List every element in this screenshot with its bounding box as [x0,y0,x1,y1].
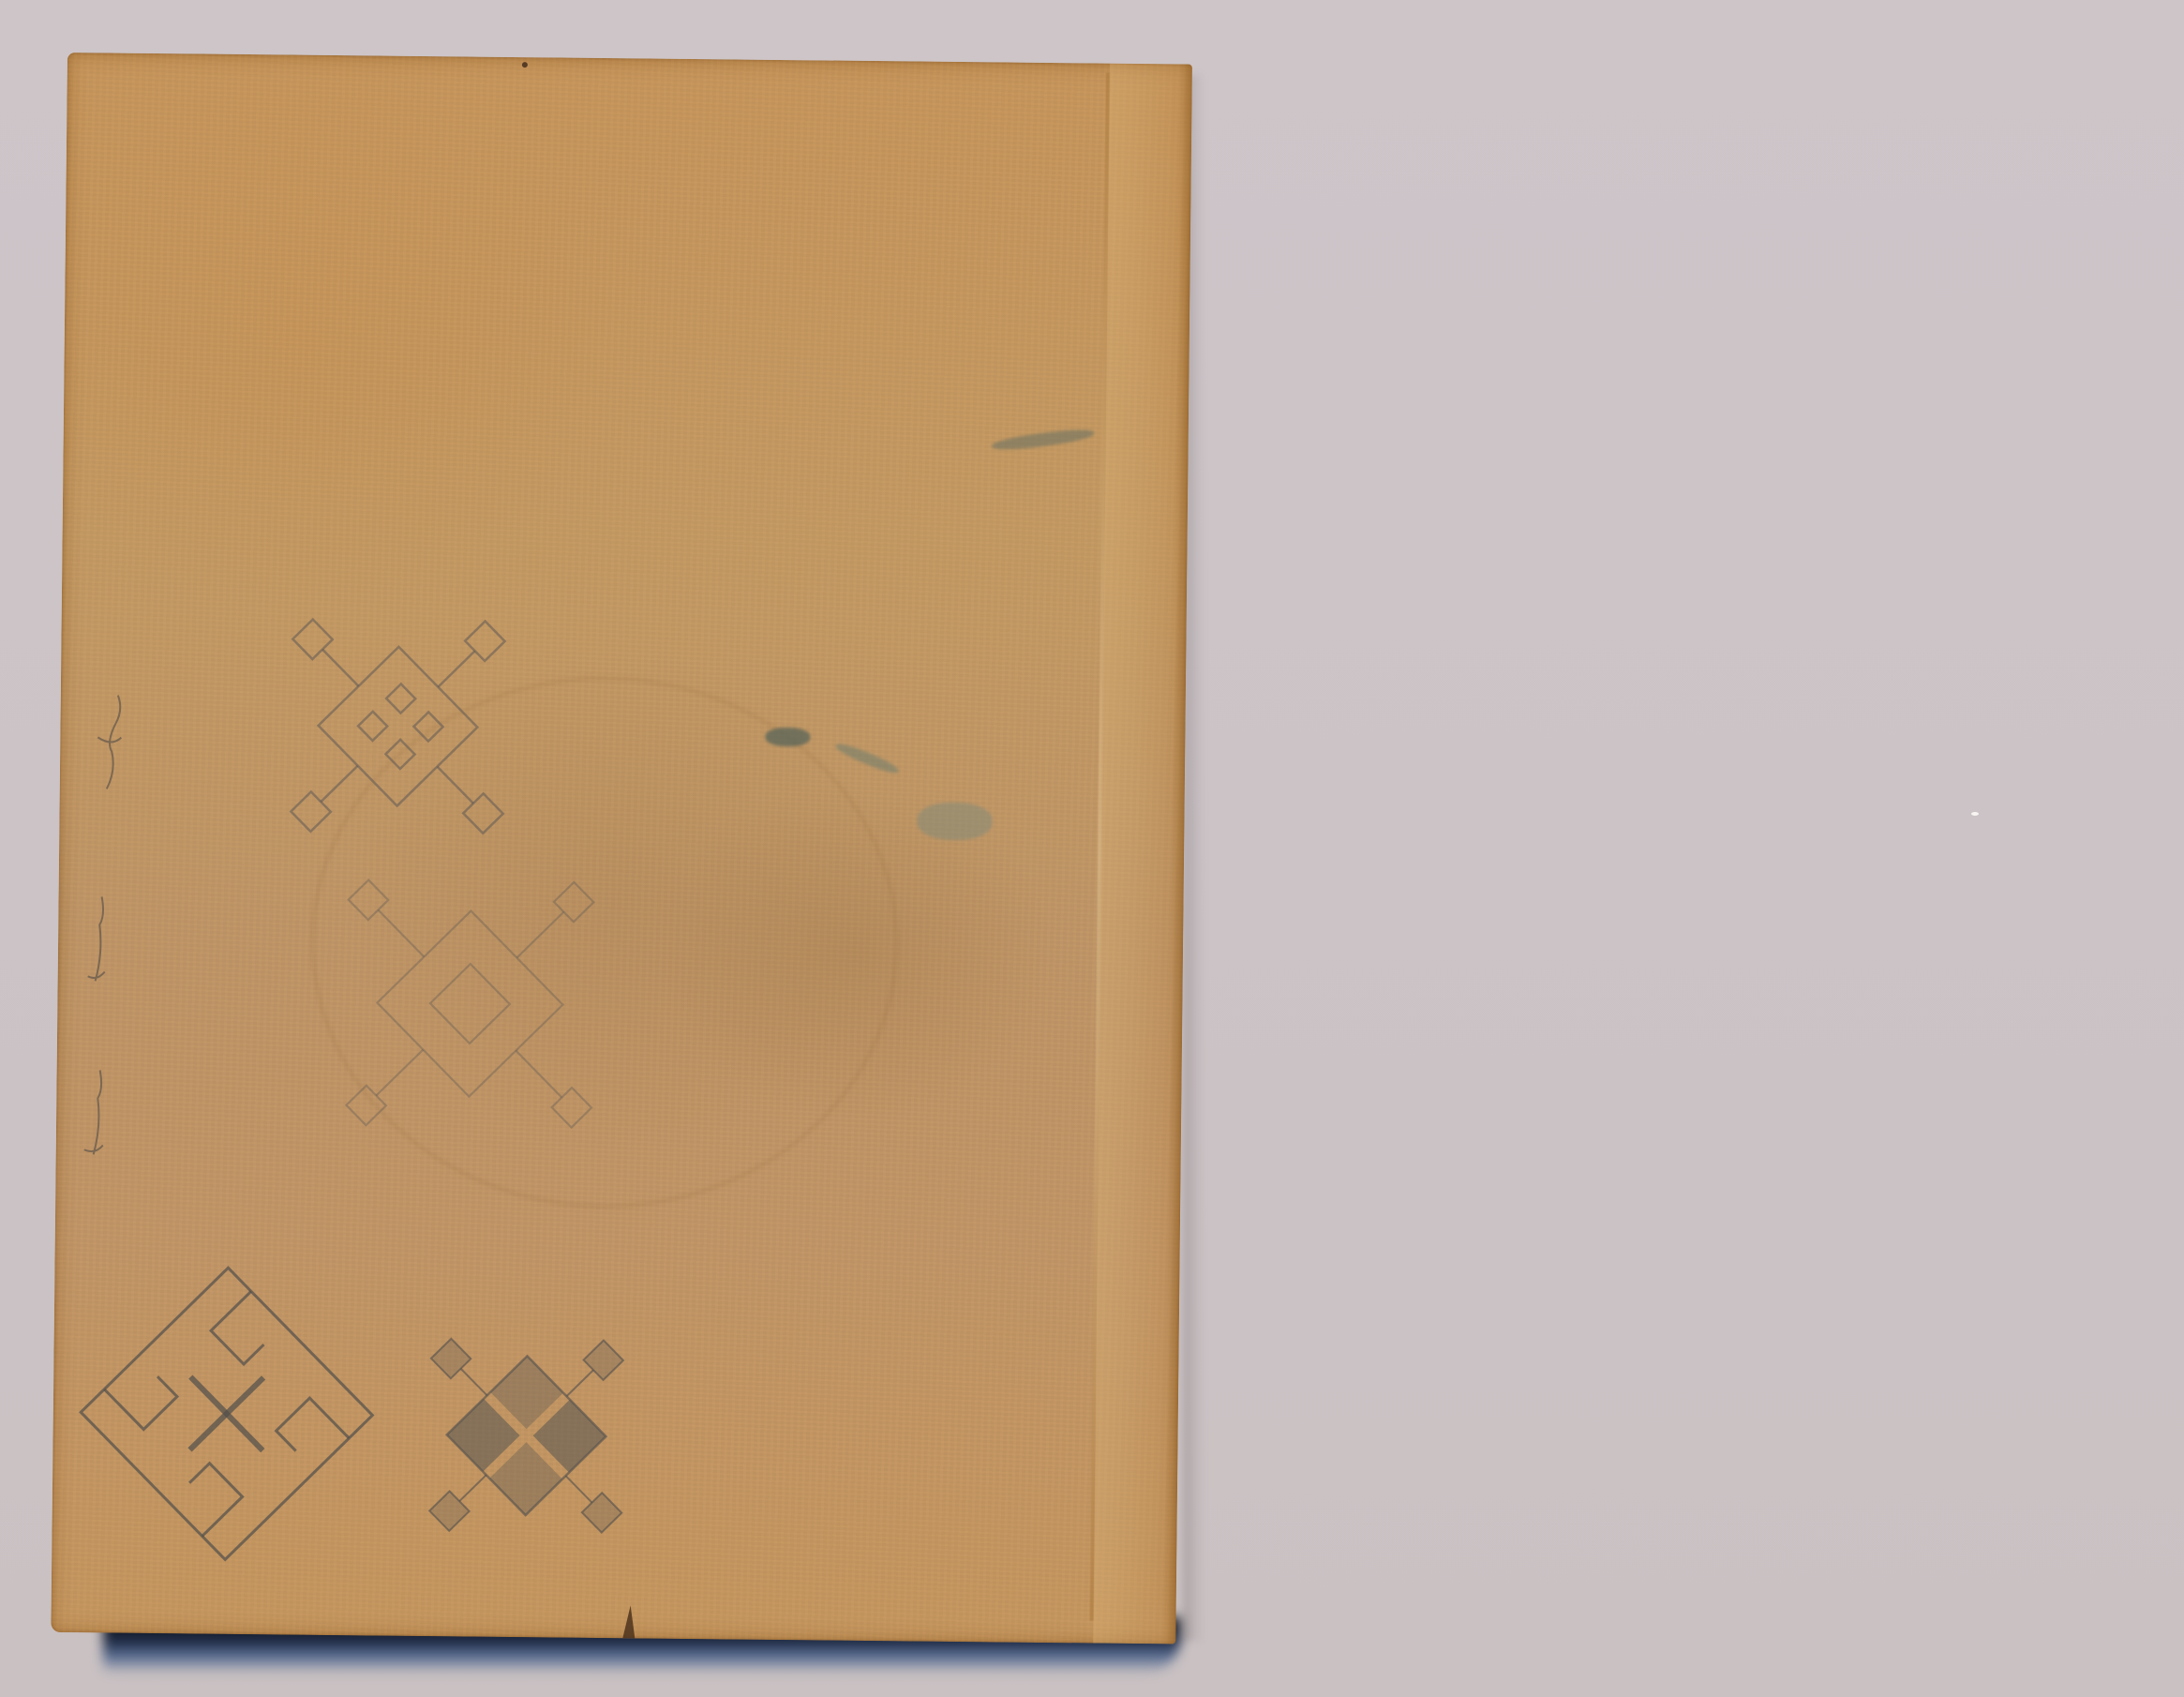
scan-scene [0,0,2184,1697]
lower-right-geometric-pattern [354,1263,699,1608]
lower-left-geometric-pattern [81,1268,372,1559]
dust-speck [1971,812,1979,816]
upper-geometric-pattern [205,534,590,919]
middle-geometric-pattern [245,778,696,1229]
book-back-cover [51,53,1192,1644]
cover-tear-nick [622,1605,635,1638]
pencil-doodles [51,53,1192,1644]
cover-dark-spot [522,62,528,68]
handwriting-scribbles [84,695,122,1154]
